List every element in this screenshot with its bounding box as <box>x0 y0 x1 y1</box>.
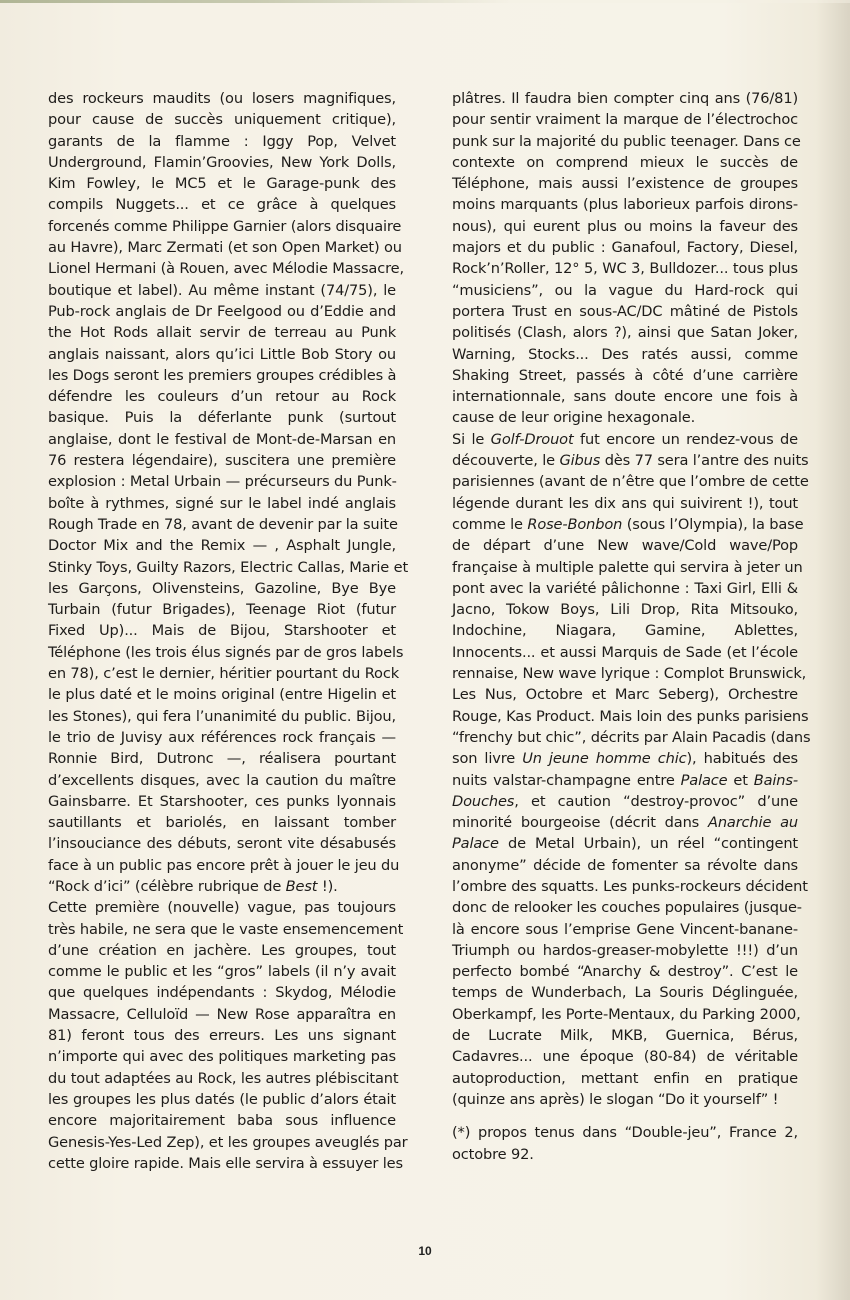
text-line: découverte, le Gibus dès 77 sera l’antre… <box>452 450 798 471</box>
text-line: au Havre), Marc Zermati (et son Open Mar… <box>48 237 396 258</box>
text-line: Indochine, Niagara, Gamine, Ablettes, <box>452 620 798 641</box>
text-line: explosion : Metal Urbain — précurseurs d… <box>48 471 396 492</box>
text-line: cette gloire rapide. Mais elle servira à… <box>48 1153 396 1174</box>
text-line: le trio de Juvisy aux références rock fr… <box>48 727 396 748</box>
text-line: Gainsbarre. Et Starshooter, ces punks ly… <box>48 791 396 812</box>
text-line: Stinky Toys, Guilty Razors, Electric Cal… <box>48 557 396 578</box>
text-line: Triumph ou hardos-greaser-mobylette !!!)… <box>452 940 798 961</box>
text-line: française à multiple palette qui servira… <box>452 557 798 578</box>
text-line: pont avec la variété pâlichonne : Taxi G… <box>452 578 798 599</box>
text-line: garants de la flamme : Iggy Pop, Velvet <box>48 131 396 152</box>
text-line: anonyme” décide de fomenter sa révolte d… <box>452 855 798 876</box>
text-line: 81) feront tous des erreurs. Les uns sig… <box>48 1025 396 1046</box>
text-line: “musiciens”, ou la vague du Hard-rock qu… <box>452 280 798 301</box>
text-line: de départ d’une New wave/Cold wave/Pop <box>452 535 798 556</box>
text-line: les groupes les plus datés (le public d’… <box>48 1089 396 1110</box>
text-line: nous), qui eurent plus ou moins la faveu… <box>452 216 798 237</box>
text-line: que quelques indépendants : Skydog, Mélo… <box>48 982 396 1003</box>
text-line: forcenés comme Philippe Garnier (alors d… <box>48 216 396 237</box>
text-line: (quinze ans après) le slogan “Do it your… <box>452 1089 798 1110</box>
text-line: the Hot Rods allait servir de terreau au… <box>48 322 396 343</box>
text-line: boutique et label). Au même instant (74/… <box>48 280 396 301</box>
text-line: Jacno, Tokow Boys, Lili Drop, Rita Mitso… <box>452 599 798 620</box>
text-line: contexte on comprend mieux le succès de <box>452 152 798 173</box>
text-line: l’insouciance des débuts, seront vite dé… <box>48 833 396 854</box>
text-line: Underground, Flamin’Groovies, New York D… <box>48 152 396 173</box>
text-line: d’une création en jachère. Les groupes, … <box>48 940 396 961</box>
text-line: rennaise, New wave lyrique : Complot Bru… <box>452 663 798 684</box>
text-line: donc de relooker les couches populaires … <box>452 897 798 918</box>
text-line: Turbain (futur Brigades), Teenage Riot (… <box>48 599 396 620</box>
text-line: internationnale, sans doute encore une f… <box>452 386 798 407</box>
text-line: Rock’n’Roller, 12° 5, WC 3, Bulldozer...… <box>452 258 798 279</box>
text-line: autoproduction, mettant enfin en pratiqu… <box>452 1068 798 1089</box>
text-line: en 78), c’est le dernier, héritier pourt… <box>48 663 396 684</box>
page-top-edge <box>0 0 850 3</box>
text-line: Kim Fowley, le MC5 et le Garage-punk des <box>48 173 396 194</box>
left-column: des rockeurs maudits (ou losers magnifiq… <box>48 88 396 1174</box>
text-line: comme le public et les “gros” labels (il… <box>48 961 396 982</box>
text-line: d’excellents disques, avec la caution du… <box>48 770 396 791</box>
text-line: face à un public pas encore prêt à jouer… <box>48 855 396 876</box>
text-line: Fixed Up)... Mais de Bijou, Starshooter … <box>48 620 396 641</box>
text-line: “Rock d’ici” (célèbre rubrique de Best !… <box>48 876 396 897</box>
text-line: très habile, ne sera que le vaste enseme… <box>48 919 396 940</box>
text-line: Ronnie Bird, Dutronc —, réalisera pourta… <box>48 748 396 769</box>
text-line: son livre Un jeune homme chic), habitués… <box>452 748 798 769</box>
text-line: Cette première (nouvelle) vague, pas tou… <box>48 897 396 918</box>
text-line: l’ombre des squatts. Les punks-rockeurs … <box>452 876 798 897</box>
text-line: anglais naissant, alors qu’ici Little Bo… <box>48 344 396 365</box>
text-line: légende durant les dix ans qui suivirent… <box>452 493 798 514</box>
text-line: compils Nuggets... et ce grâce à quelque… <box>48 194 396 215</box>
text-line: comme le Rose-Bonbon (sous l’Olympia), l… <box>452 514 798 535</box>
text-line: les Dogs seront les premiers groupes cré… <box>48 365 396 386</box>
text-line: défendre les couleurs d’un retour au Roc… <box>48 386 396 407</box>
text-line: des rockeurs maudits (ou losers magnifiq… <box>48 88 396 109</box>
text-line: pour sentir vraiment la marque de l’élec… <box>452 109 798 130</box>
text-line: Douches, et caution “destroy-provoc” d’u… <box>452 791 798 812</box>
right-column: plâtres. Il faudra bien compter cinq ans… <box>452 88 798 1165</box>
text-line: Warning, Stocks... Des ratés aussi, comm… <box>452 344 798 365</box>
footnote: (*) propos tenus dans “Double-jeu”, Fran… <box>452 1122 798 1165</box>
text-line: encore majoritairement baba sous influen… <box>48 1110 396 1131</box>
text-line: Lionel Hermani (à Rouen, avec Mélodie Ma… <box>48 258 396 279</box>
text-line: moins marquants (plus laborieux parfois … <box>452 194 798 215</box>
text-line: 76 restera légendaire), suscitera une pr… <box>48 450 396 471</box>
text-line: Téléphone (les trois élus signés par de … <box>48 642 396 663</box>
text-line: sautillants et bariolés, en laissant tom… <box>48 812 396 833</box>
text-line: (*) propos tenus dans “Double-jeu”, Fran… <box>452 1122 798 1143</box>
page-number: 10 <box>0 1244 850 1258</box>
text-line: Pub-rock anglais de Dr Feelgood ou d’Edd… <box>48 301 396 322</box>
footnote-gap <box>452 1110 798 1122</box>
text-line: là encore sous l’emprise Gene Vincent-ba… <box>452 919 798 940</box>
text-line: temps de Wunderbach, La Souris Déglingué… <box>452 982 798 1003</box>
text-line: les Garçons, Olivensteins, Gazoline, Bye… <box>48 578 396 599</box>
text-line: plâtres. Il faudra bien compter cinq ans… <box>452 88 798 109</box>
text-line: Shaking Street, passés à côté d’une carr… <box>452 365 798 386</box>
text-line: Oberkampf, les Porte-Mentaux, du Parking… <box>452 1004 798 1025</box>
text-line: n’importe qui avec des politiques market… <box>48 1046 396 1067</box>
text-line: Genesis-Yes-Led Zep), et les groupes ave… <box>48 1132 396 1153</box>
text-line: Rough Trade en 78, avant de devenir par … <box>48 514 396 535</box>
text-line: de Lucrate Milk, MKB, Guernica, Bérus, <box>452 1025 798 1046</box>
text-line: Téléphone, mais aussi l’existence de gro… <box>452 173 798 194</box>
text-line: basique. Puis la déferlante punk (surtou… <box>48 407 396 428</box>
text-line: Palace de Metal Urbain), un réel “contin… <box>452 833 798 854</box>
text-line: Rouge, Kas Product. Mais loin des punks … <box>452 706 798 727</box>
text-line: majors et du public : Ganafoul, Factory,… <box>452 237 798 258</box>
text-line: punk sur la majorité du public teenager.… <box>452 131 798 152</box>
text-line: octobre 92. <box>452 1144 798 1165</box>
text-line: boîte à rythmes, signé sur le label indé… <box>48 493 396 514</box>
text-line: cause de leur origine hexagonale. <box>452 407 798 428</box>
text-line: perfecto bombé “Anarchy & destroy”. C’es… <box>452 961 798 982</box>
text-line: le plus daté et le moins original (entre… <box>48 684 396 705</box>
text-line: les Stones), qui fera l’unanimité du pub… <box>48 706 396 727</box>
text-line: “frenchy but chic”, décrits par Alain Pa… <box>452 727 798 748</box>
text-line: portera Trust en sous-AC/DC mâtiné de Pi… <box>452 301 798 322</box>
text-line: pour cause de succès uniquement critique… <box>48 109 396 130</box>
text-line: nuits valstar-champagne entre Palace et … <box>452 770 798 791</box>
text-line: minorité bourgeoise (décrit dans Anarchi… <box>452 812 798 833</box>
text-line: Cadavres... une époque (80-84) de vérita… <box>452 1046 798 1067</box>
text-line: du tout adaptées au Rock, les autres plé… <box>48 1068 396 1089</box>
text-line: Innocents... et aussi Marquis de Sade (e… <box>452 642 798 663</box>
text-line: politisés (Clash, alors ?), ainsi que Sa… <box>452 322 798 343</box>
text-line: Doctor Mix and the Remix — , Asphalt Jun… <box>48 535 396 556</box>
text-line: Si le Golf-Drouot fut encore un rendez-v… <box>452 429 798 450</box>
text-line: parisiennes (avant de n’être que l’ombre… <box>452 471 798 492</box>
text-line: Les Nus, Octobre et Marc Seberg), Orches… <box>452 684 798 705</box>
text-line: anglaise, dont le festival de Mont-de-Ma… <box>48 429 396 450</box>
text-line: Massacre, Celluloïd — New Rose apparaîtr… <box>48 1004 396 1025</box>
